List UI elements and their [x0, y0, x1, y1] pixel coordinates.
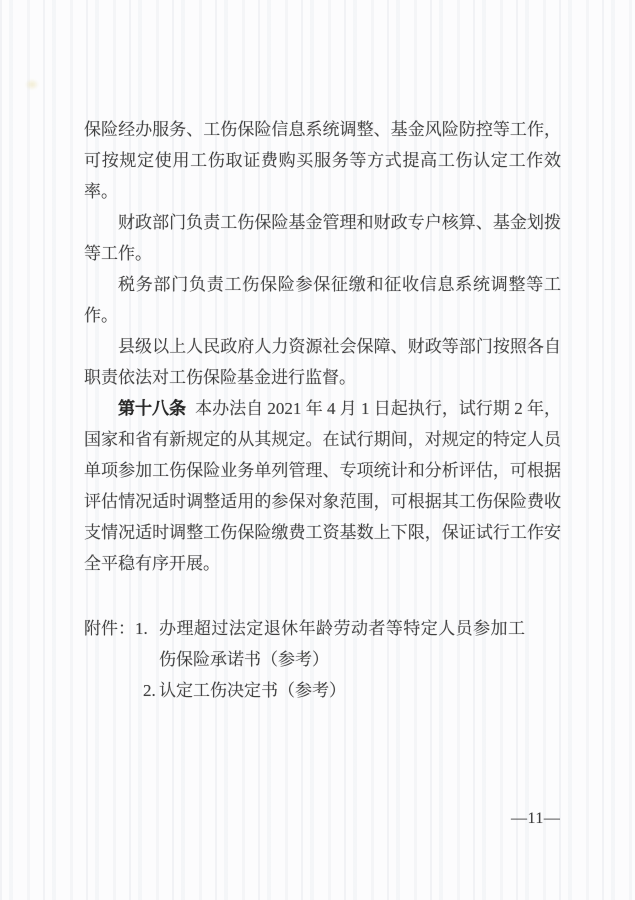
paragraph-tax-department: 税务部门负责工伤保险参保征缴和征收信息系统调整等工作。 [84, 269, 561, 331]
paragraph-insurance-services: 保险经办服务、工伤保险信息系统调整、基金风险防控等工作，可按规定使用工伤取证费购… [84, 114, 561, 207]
document-body: 保险经办服务、工伤保险信息系统调整、基金风险防控等工作，可按规定使用工伤取证费购… [84, 114, 561, 706]
attachments-list: 1. 办理超过法定退休年龄劳动者等特定人员参加工伤保险承诺书（参考） 2. 认定… [135, 613, 561, 706]
attachments-label: 附件： [84, 613, 135, 706]
paragraph-finance-department: 财政部门负责工伤保险基金管理和财政专户核算、基金划拨等工作。 [84, 207, 561, 269]
attachment-item-1: 1. 办理超过法定退休年龄劳动者等特定人员参加工伤保险承诺书（参考） [135, 613, 561, 675]
attachment-item-2: 2. 认定工伤决定书（参考） [135, 675, 561, 706]
scan-smudge-artifact [25, 79, 39, 90]
attachments-block: 附件： 1. 办理超过法定退休年龄劳动者等特定人员参加工伤保险承诺书（参考） 2… [84, 613, 561, 706]
attachment-2-number: 2. [143, 675, 159, 706]
article-18-number: 第十八条 [118, 399, 186, 418]
paragraph-article-18: 第十八条本办法自 2021 年 4 月 1 日起执行，试行期 2 年，国家和省有… [84, 393, 561, 579]
page-number: —11— [511, 808, 560, 830]
article-18-text: 本办法自 2021 年 4 月 1 日起执行，试行期 2 年，国家和省有新规定的… [84, 399, 561, 573]
attachment-1-title: 办理超过法定退休年龄劳动者等特定人员参加工伤保险承诺书（参考） [159, 613, 525, 675]
attachment-1-number: 1. [135, 613, 159, 675]
paragraph-county-supervision: 县级以上人民政府人力资源社会保障、财政等部门按照各自职责依法对工伤保险基金进行监… [84, 331, 561, 393]
scanned-document-page: 保险经办服务、工伤保险信息系统调整、基金风险防控等工作，可按规定使用工伤取证费购… [0, 0, 635, 900]
attachment-2-title: 认定工伤决定书（参考） [159, 675, 525, 706]
